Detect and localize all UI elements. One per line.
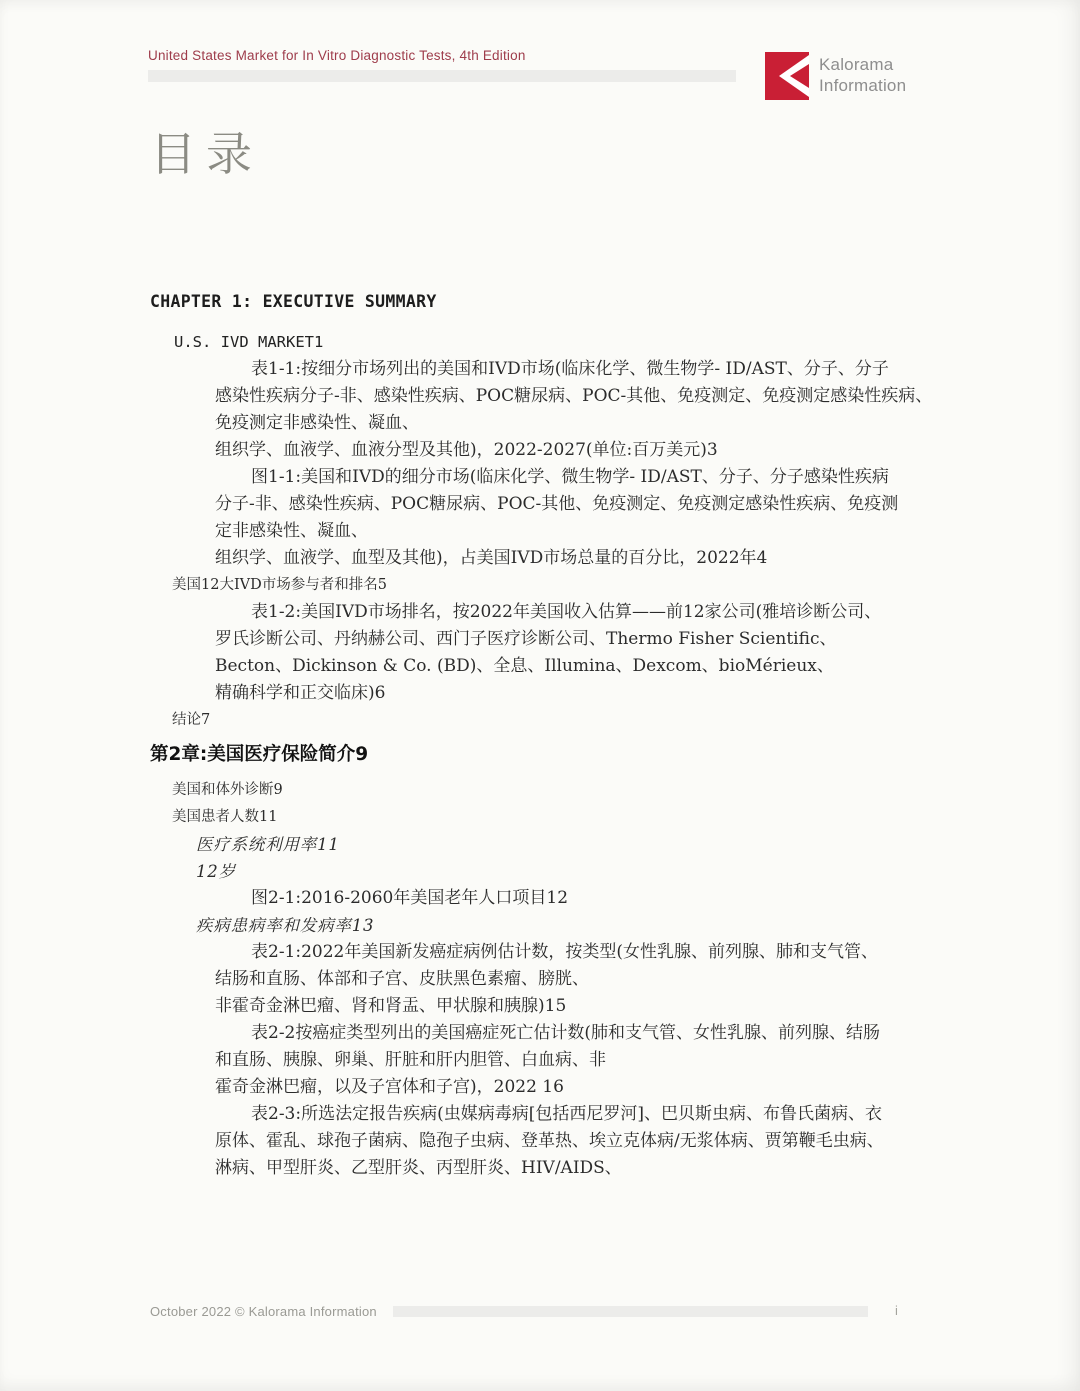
- toc-line: 美国和体外诊断9: [172, 777, 1080, 804]
- toc-line: 图2-1:2016-2060年美国老年人口项目12: [251, 885, 1080, 912]
- toc-line: 霍奇金淋巴瘤，以及子宫体和子宫)，2022 16: [215, 1074, 1080, 1101]
- page-title: 目录: [150, 118, 262, 184]
- footer-divider-bar: [393, 1306, 868, 1317]
- toc-line: 非霍奇金淋巴瘤、肾和肾盂、甲状腺和胰腺)15: [215, 993, 1080, 1020]
- toc-line: 表1-2:美国IVD市场排名，按2022年美国收入估算——前12家公司(雅培诊断…: [251, 599, 1080, 626]
- kalorama-logo: KaloramaInformation: [765, 52, 906, 100]
- toc-line: 组织学、血液学、血液分型及其他)，2022-2027(单位:百万美元)3: [215, 437, 1080, 464]
- kalorama-logo-text: KaloramaInformation: [819, 52, 906, 97]
- document-page: United States Market for In Vitro Diagno…: [0, 0, 1080, 1391]
- toc-line: 疾病患病率和发病率13: [196, 912, 1080, 939]
- toc-line: 免疫测定非感染性、凝血、: [215, 410, 1080, 437]
- kalorama-logo-icon: [765, 52, 809, 100]
- toc-line: 表2-3:所选法定报告疾病(虫媒病毒病[包括西尼罗河]、巴贝斯虫病、布鲁氏菌病、…: [251, 1101, 1080, 1128]
- footer-copyright: October 2022 © Kalorama Information: [150, 1304, 377, 1319]
- toc-line: 表2-2按癌症类型列出的美国癌症死亡估计数(肺和支气管、女性乳腺、前列腺、结肠: [251, 1020, 1080, 1047]
- header-divider-bar: [148, 70, 736, 82]
- toc-line: 结肠和直肠、体部和子宫、皮肤黑色素瘤、膀胱、: [215, 966, 1080, 993]
- toc-line: 美国12大IVD市场参与者和排名5: [172, 572, 1080, 599]
- toc-line: 定非感染性、凝血、: [215, 518, 1080, 545]
- logo-brand-line2: Information: [819, 76, 906, 95]
- toc-line: 美国患者人数11: [172, 804, 1080, 831]
- toc-line: 图1-1:美国和IVD的细分市场(临床化学、微生物学- ID/AST、分子、分子…: [251, 464, 1080, 491]
- report-title: United States Market for In Vitro Diagno…: [148, 48, 526, 63]
- toc-line: 表1-1:按细分市场列出的美国和IVD市场(临床化学、微生物学- ID/AST、…: [251, 356, 1080, 383]
- table-of-contents: CHAPTER 1: EXECUTIVE SUMMARYU.S. IVD MAR…: [0, 288, 1080, 1182]
- toc-line: Becton、Dickinson & Co. (BD)、全息、Illumina、…: [215, 653, 1080, 680]
- toc-line: 罗氏诊断公司、丹纳赫公司、西门子医疗诊断公司、Thermo Fisher Sci…: [215, 626, 1080, 653]
- toc-line: 结论7: [172, 707, 1080, 734]
- toc-line: CHAPTER 1: EXECUTIVE SUMMARY: [150, 288, 1080, 315]
- toc-line: 分子-非、感染性疾病、POC糖尿病、POC-其他、免疫测定、免疫测定感染性疾病、…: [215, 491, 1080, 518]
- toc-line: 组织学、血液学、血型及其他)，占美国IVD市场总量的百分比，2022年4: [215, 545, 1080, 572]
- footer-page-number: i: [895, 1303, 898, 1318]
- logo-brand-line1: Kalorama: [819, 55, 893, 74]
- toc-line: 感染性疾病分子-非、感染性疾病、POC糖尿病、POC-其他、免疫测定、免疫测定感…: [215, 383, 1080, 410]
- toc-line: 和直肠、胰腺、卵巢、肝脏和肝内胆管、白血病、非: [215, 1047, 1080, 1074]
- toc-line: 第2章:美国医疗保险简介9: [150, 741, 1080, 768]
- toc-line: 12岁: [196, 858, 1080, 885]
- toc-line: U.S. IVD MARKET1: [174, 329, 1080, 356]
- toc-line: 精确科学和正交临床)6: [215, 680, 1080, 707]
- toc-line: 淋病、甲型肝炎、乙型肝炎、丙型肝炎、HIV/AIDS、: [215, 1155, 1080, 1182]
- toc-line: 医疗系统利用率11: [196, 831, 1080, 858]
- toc-line: 原体、霍乱、球孢子菌病、隐孢子虫病、登革热、埃立克体病/无浆体病、贾第鞭毛虫病、: [215, 1128, 1080, 1155]
- toc-line: 表2-1:2022年美国新发癌症病例估计数，按类型(女性乳腺、前列腺、肺和支气管…: [251, 939, 1080, 966]
